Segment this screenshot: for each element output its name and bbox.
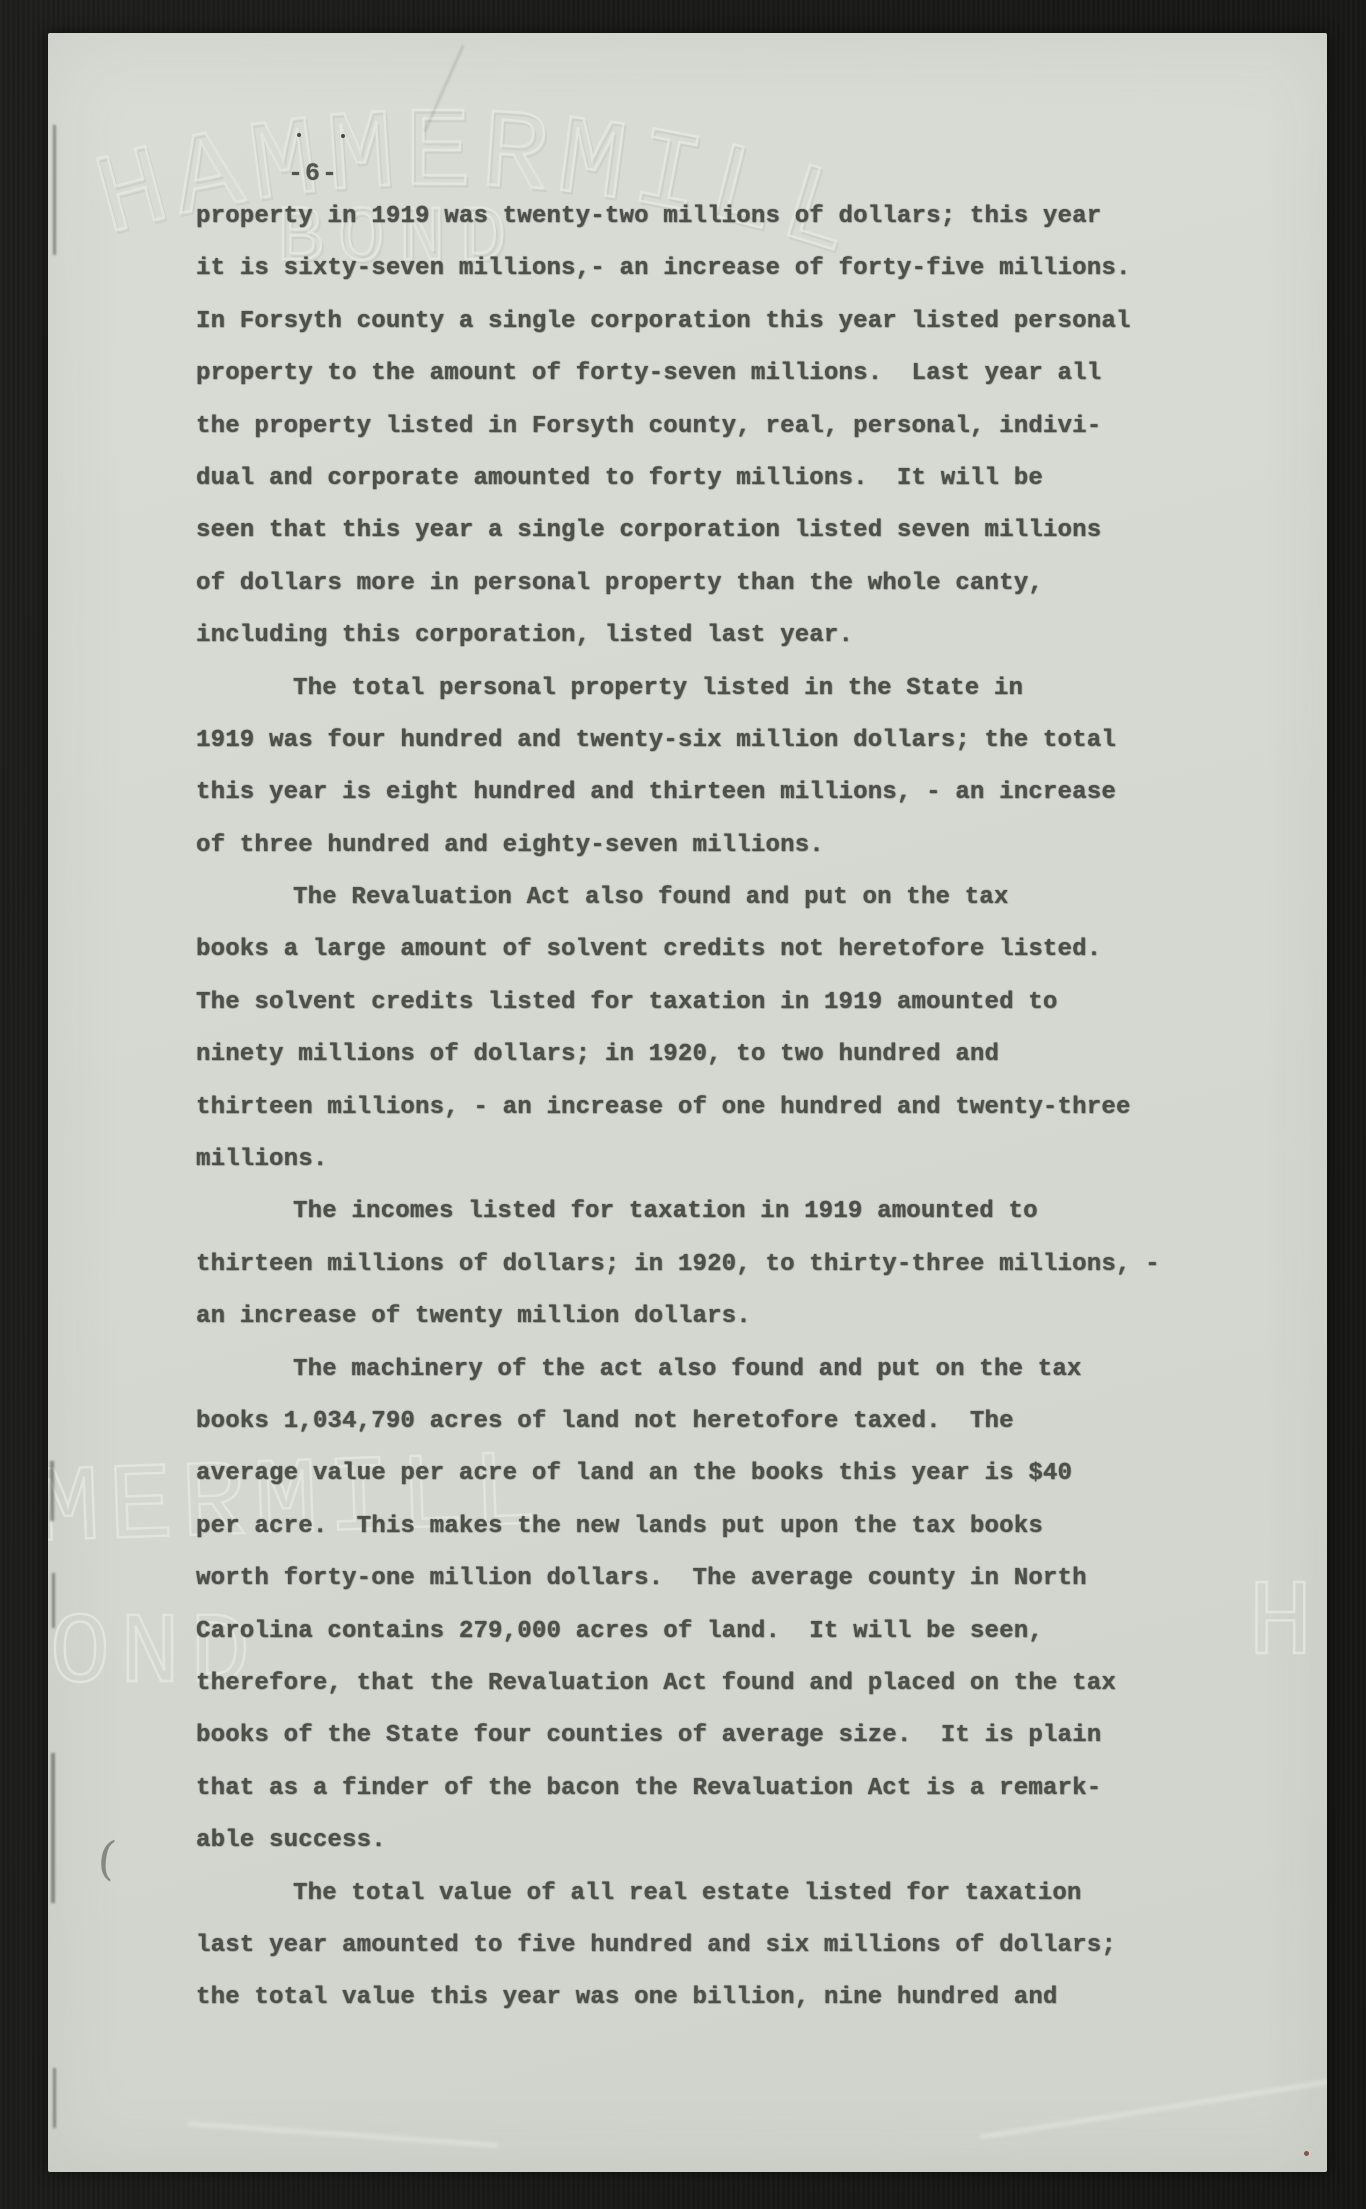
text-line: millions. [196, 1134, 1226, 1186]
text-line: property in 1919 was twenty-two millions… [196, 191, 1226, 243]
edge-smudge [50, 1461, 54, 1521]
text-line-paragraph-start: The Revaluation Act also found and put o… [196, 872, 1226, 924]
edge-smudge [53, 125, 56, 255]
text-line: property to the amount of forty-seven mi… [196, 348, 1226, 400]
text-line: an increase of twenty million dollars. [196, 1291, 1226, 1343]
text-line: dual and corporate amounted to forty mil… [196, 453, 1226, 505]
paper-crease [980, 2075, 1327, 2139]
text-line: thirteen millions of dollars; in 1920, t… [196, 1239, 1226, 1291]
edge-smudge [53, 2068, 56, 2128]
text-line-paragraph-start: The total value of all real estate liste… [196, 1868, 1226, 1920]
text-line: including this corporation, listed last … [196, 610, 1226, 662]
text-line: The solvent credits listed for taxation … [196, 977, 1226, 1029]
text-line: therefore, that the Revaluation Act foun… [196, 1658, 1226, 1710]
page-number: -6- [288, 159, 339, 188]
text-line: books 1,034,790 acres of land not hereto… [196, 1396, 1226, 1448]
text-line: 1919 was four hundred and twenty-six mil… [196, 715, 1226, 767]
edge-smudge [52, 1573, 55, 1628]
text-line: this year is eight hundred and thirteen … [196, 767, 1226, 819]
paper-speck [1304, 2151, 1309, 2156]
text-line: it is sixty-seven millions,- an increase… [196, 243, 1226, 295]
pin-hole-dot [341, 134, 345, 138]
pin-hole-dot [297, 133, 301, 137]
paper-crease [424, 45, 464, 133]
text-line: able success. [196, 1815, 1226, 1867]
typed-text-block: property in 1919 was twenty-two millions… [196, 191, 1226, 2025]
text-line: that as a finder of the bacon the Revalu… [196, 1763, 1226, 1815]
text-line: average value per acre of land an the bo… [196, 1448, 1226, 1500]
document-page: HAMMERMILL HAMMERMILL BOND BOND HAMMERMI… [48, 33, 1327, 2172]
text-line: of dollars more in personal property tha… [196, 558, 1226, 610]
watermark-h-partial-right: H [1248, 1564, 1313, 1686]
photo-backdrop: HAMMERMILL HAMMERMILL BOND BOND HAMMERMI… [0, 0, 1366, 2209]
text-line: the total value this year was one billio… [196, 1972, 1226, 2024]
text-line: per acre. This makes the new lands put u… [196, 1501, 1226, 1553]
text-line: worth forty-one million dollars. The ave… [196, 1553, 1226, 1605]
text-line: books a large amount of solvent credits … [196, 924, 1226, 976]
text-line: seen that this year a single corporation… [196, 505, 1226, 557]
text-line: last year amounted to five hundred and s… [196, 1920, 1226, 1972]
text-line: thirteen millions, - an increase of one … [196, 1082, 1226, 1134]
text-line: the property listed in Forsyth county, r… [196, 401, 1226, 453]
text-line-paragraph-start: The machinery of the act also found and … [196, 1344, 1226, 1396]
text-line: In Forsyth county a single corporation t… [196, 296, 1226, 348]
text-line: of three hundred and eighty-seven millio… [196, 820, 1226, 872]
edge-smudge [51, 1753, 55, 1903]
text-line-paragraph-start: The incomes listed for taxation in 1919 … [196, 1186, 1226, 1238]
text-line: Carolina contains 279,000 acres of land.… [196, 1606, 1226, 1658]
pencil-margin-mark: ( [95, 1830, 118, 1886]
text-line: books of the State four counties of aver… [196, 1710, 1226, 1762]
paper-crease [188, 2122, 497, 2147]
text-line: ninety millions of dollars; in 1920, to … [196, 1029, 1226, 1081]
text-line-paragraph-start: The total personal property listed in th… [196, 663, 1226, 715]
